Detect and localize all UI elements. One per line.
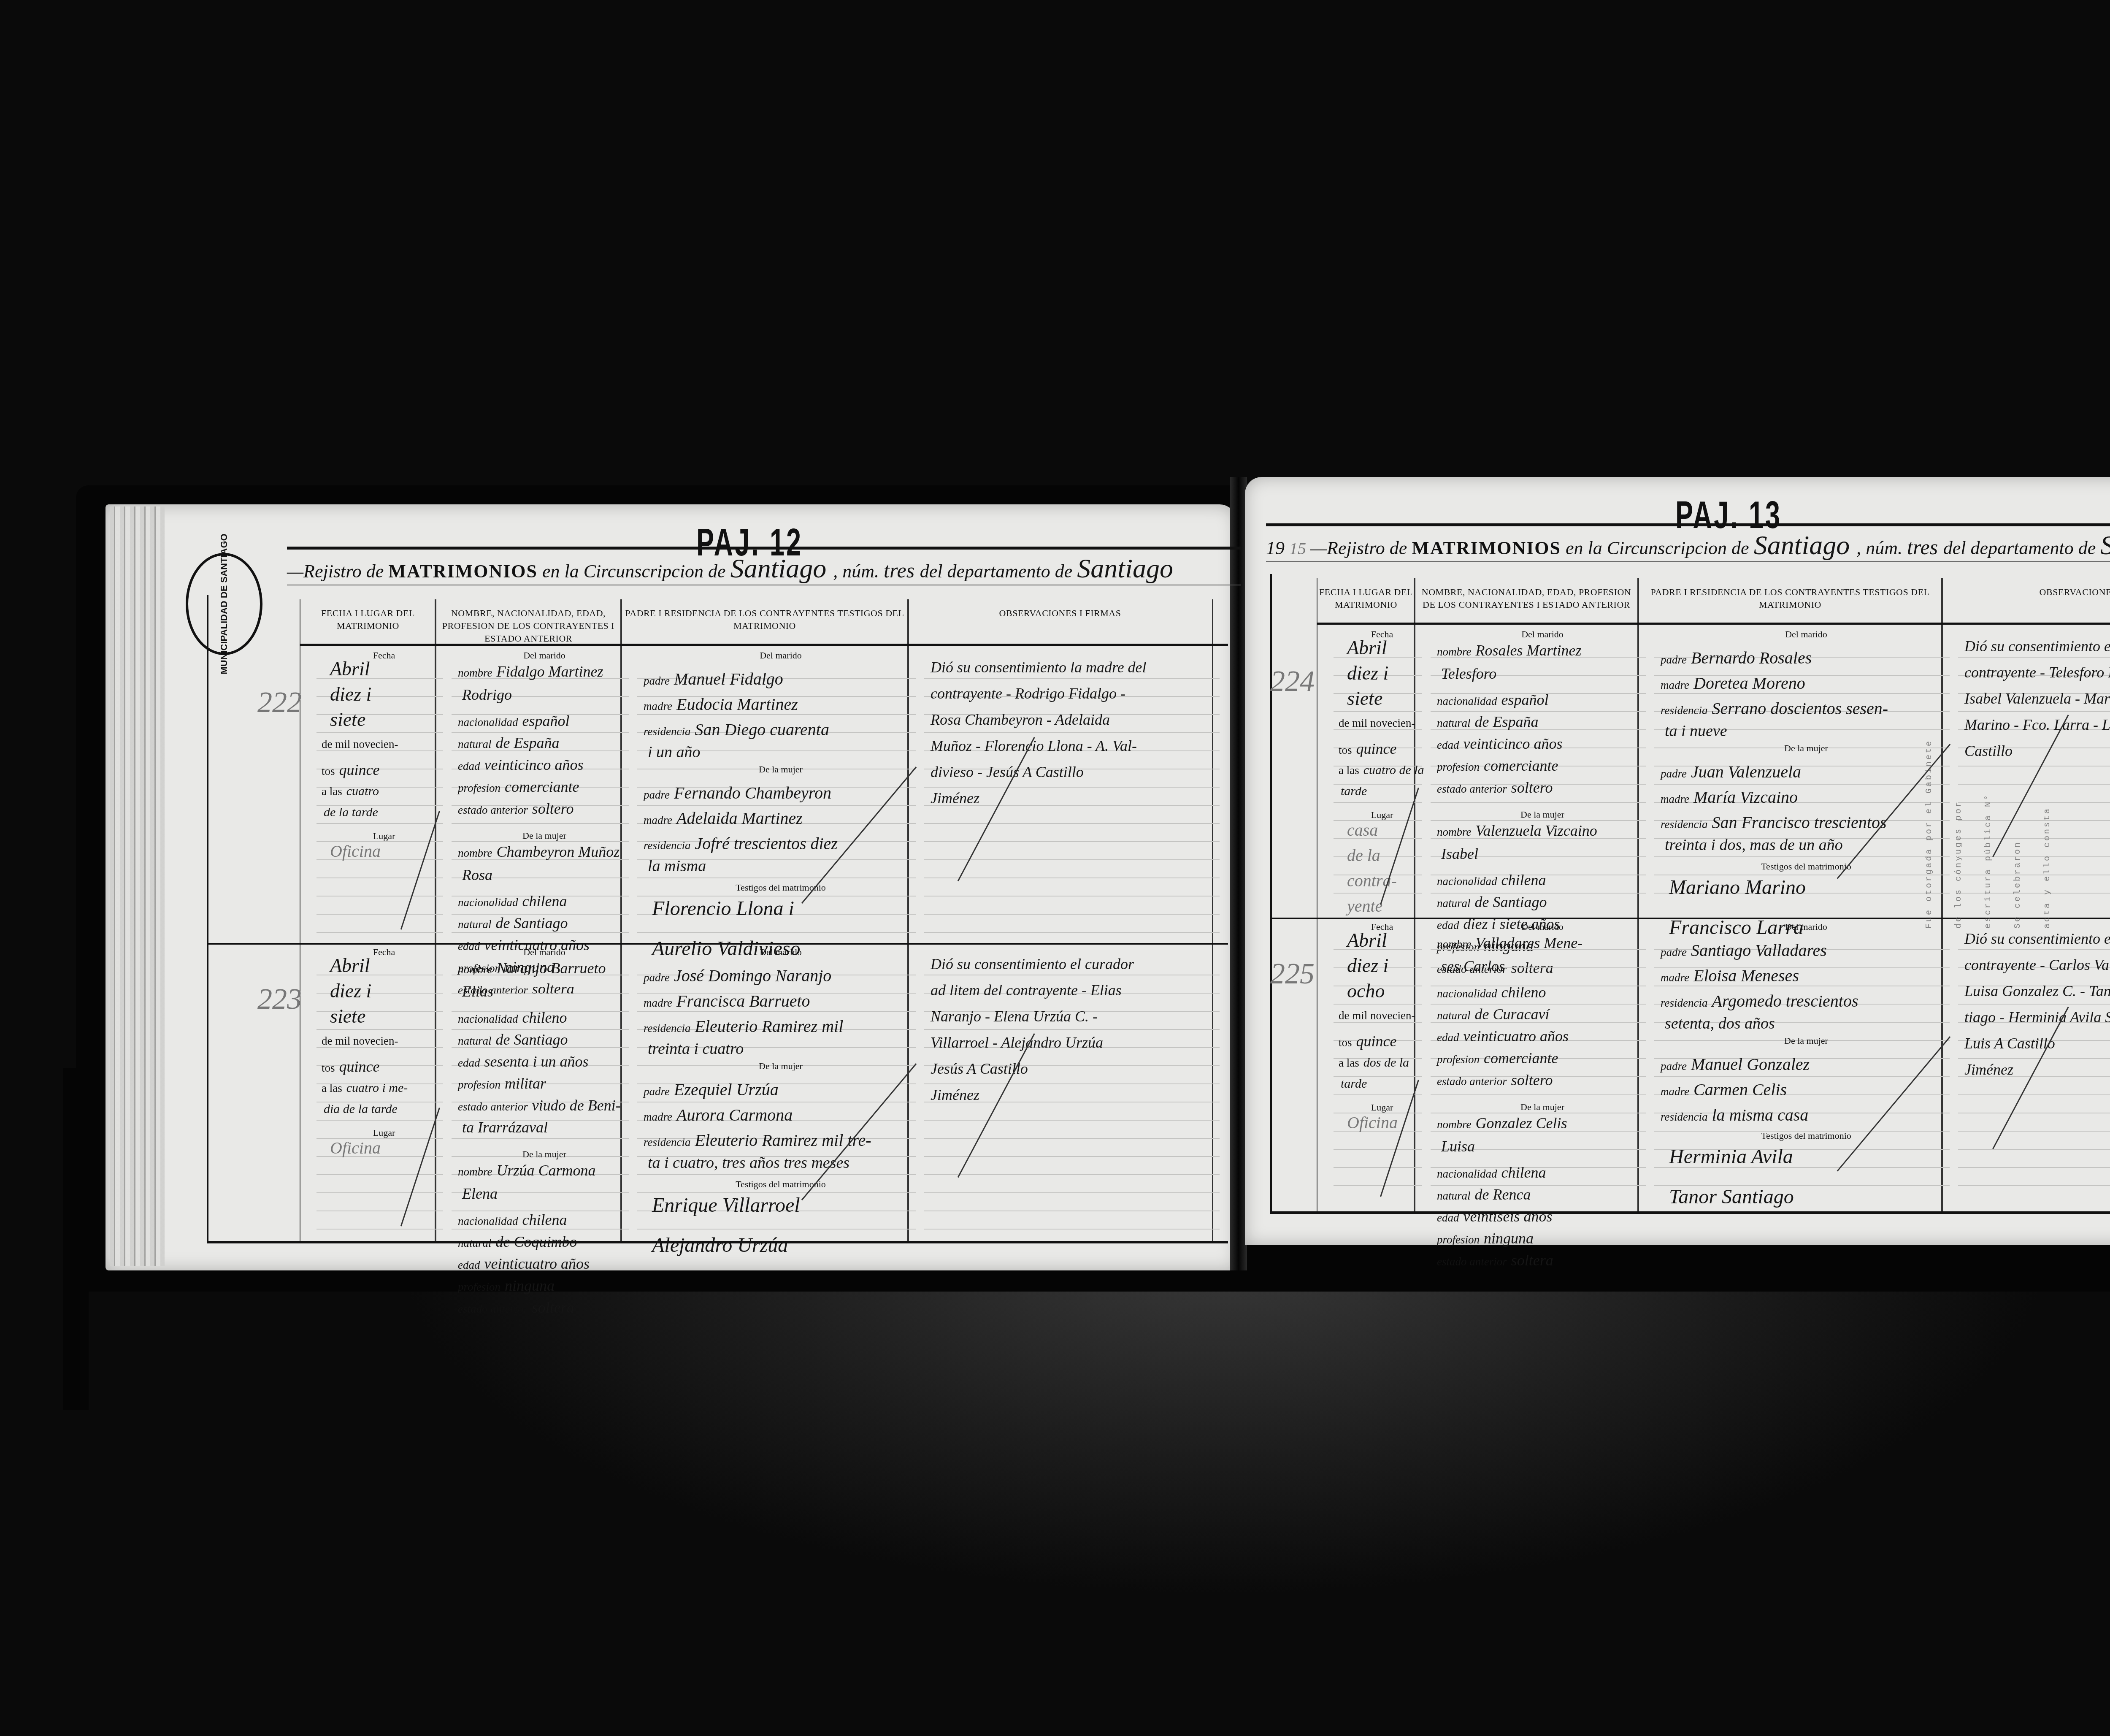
marginal-overprint: Fue otorgada por el Gabinete <box>1924 625 1934 929</box>
label-edad: edad <box>458 1259 480 1272</box>
label-profesion: profesion <box>1437 1053 1480 1066</box>
mujer-nombre-field: nombreChambeyron Muñoz <box>458 843 619 861</box>
column-header-padres: Padre i residencia de los contrayentes t… <box>621 599 908 647</box>
marido-estado_anterior-value: viudo de Beni- <box>532 1097 621 1114</box>
label-natural: natural <box>458 1035 492 1048</box>
marginal-overprint: de los cónyuges por <box>1954 625 1964 929</box>
marido-profesion-field: profesioncomerciante <box>458 778 579 796</box>
anio-value: quince <box>1356 1032 1397 1050</box>
mujer-natural-value: de Santiago <box>496 914 568 932</box>
label-padre: padre <box>644 674 670 688</box>
label-profesion: profesion <box>458 782 500 795</box>
mujer-natural-field: naturalde Coquimbo <box>458 1233 577 1251</box>
marido-natural-field: naturalde España <box>1437 713 1539 731</box>
label-madre: madre <box>644 700 672 713</box>
label-nombre: nombre <box>1437 645 1472 658</box>
label-edad: edad <box>1437 739 1459 752</box>
entry-number: 224 <box>1270 665 1315 699</box>
marido-natural-value: de Curacaví <box>1475 1005 1550 1023</box>
column-header-observaciones: Observaciones i firmas <box>1942 578 2110 626</box>
anio-field: tosquince <box>322 1058 379 1075</box>
label-lugar: Lugar <box>1334 1102 1431 1113</box>
label-a-las: a las <box>322 1082 342 1095</box>
title-register-kind: MATRIMONIOS <box>1412 538 1561 558</box>
padres-mujer-padre-value: Juan Valenzuela <box>1691 762 1801 782</box>
label-padres-marido: Del marido <box>637 947 924 958</box>
mujer-natural-field: naturalde Santiago <box>458 914 568 932</box>
year-prefix: 19 <box>1266 538 1289 558</box>
mujer-nombre-cont: Elena <box>462 1185 498 1202</box>
label-nacionalidad: nacionalidad <box>1437 1167 1497 1181</box>
mujer-natural-value: de Coquimbo <box>496 1233 577 1251</box>
mujer-edad-value: veintiseis años <box>1463 1208 1552 1225</box>
mujer-natural-field: naturalde Renca <box>1437 1186 1531 1203</box>
padres-mujer-madre-value: Adelaida Martinez <box>676 808 803 828</box>
mujer-nacionalidad-value: chilena <box>1501 1164 1546 1181</box>
label-testigos: Testigos del matrimonio <box>1654 1130 1958 1141</box>
padres-mujer-madre-field: madreMaría Vizcaino <box>1661 787 1798 807</box>
header-rule-top-1 <box>1266 523 2110 526</box>
hora-field: a lascuatro <box>322 784 379 799</box>
label-residencia: residencia <box>644 1136 690 1149</box>
marido-nombre-field: nombreValladares Mene- <box>1437 934 1582 952</box>
hora-value: cuatro i me- <box>346 1081 408 1095</box>
marido-estado_anterior-value: soltero <box>1511 1071 1553 1089</box>
marido-nacionalidad-field: nacionalidadchileno <box>458 1009 567 1026</box>
lugar-value: Oficina <box>330 841 381 861</box>
padres-marido-padre-field: padreSantiago Valladares <box>1661 940 1827 960</box>
marido-edad-field: edadveinticinco años <box>458 756 583 774</box>
marido-natural-value: de España <box>1475 713 1539 731</box>
marido-nombre-value: Valladares Mene- <box>1476 934 1583 952</box>
label-madre: madre <box>644 997 672 1010</box>
observacion-line: Rosa Chambeyron - Adelaida <box>931 707 1217 733</box>
padres-marido-residencia-field: residenciaSerrano doscientos sesen- <box>1661 699 1888 718</box>
testigo-signature: Tanor Santiago <box>1669 1185 1794 1208</box>
observacion-line: contrayente - Rodrigo Fidalgo - <box>931 680 1217 707</box>
padres-marido-residencia-cont: setenta, dos años <box>1665 1014 1775 1033</box>
padres-marido-madre-field: madreEudocia Martinez <box>644 694 798 714</box>
book-gutter <box>1230 477 1247 1270</box>
marido-nacionalidad-value: chileno <box>522 1009 567 1026</box>
observacion-line: Jesús A Castillo <box>931 1056 1217 1082</box>
fecha-value: Abril <box>1347 636 1387 659</box>
marido-nombre-field: nombreRosales Martinez <box>1437 642 1581 659</box>
marido-nombre-value: Naranjo Barrueto <box>497 959 606 977</box>
marido-nacionalidad-value: español <box>522 712 570 730</box>
mujer-nacionalidad-field: nacionalidadchilena <box>458 892 567 910</box>
testigo-signature: Enrique Villarroel <box>652 1194 800 1217</box>
anio-value: quince <box>339 1058 380 1075</box>
marido-profesion-value: comerciante <box>1484 757 1558 775</box>
label-nacionalidad: nacionalidad <box>458 896 518 909</box>
mujer-edad-value: veinticuatro años <box>484 1255 590 1273</box>
label-marido: Del marido <box>452 650 637 661</box>
mujer-nacionalidad-field: nacionalidadchilena <box>458 1211 567 1229</box>
label-padre: padre <box>644 971 670 984</box>
label-padres-marido: Del marido <box>637 650 924 661</box>
year-suffix: 15 <box>1289 539 1310 558</box>
seal-text: MUNICIPALIDAD DE SANTIAGO <box>219 534 230 674</box>
marido-nacionalidad-field: nacionalidadchileno <box>1437 983 1546 1001</box>
marido-nombre-cont: Telesforo <box>1441 665 1496 682</box>
fecha-value: ocho <box>1347 980 1385 1002</box>
label-testigos: Testigos del matrimonio <box>637 882 924 893</box>
padres-marido-madre-value: Francisca Barrueto <box>676 991 810 1011</box>
mujer-nombre-value: Chambeyron Muñoz <box>497 843 620 861</box>
marido-nombre-cont: ses Carlos <box>1441 957 1505 975</box>
marido-natural-value: de Santiago <box>496 1031 568 1048</box>
marido-nacionalidad-field: nacionalidadespañol <box>1437 691 1549 709</box>
observaciones-text: Dió su consentimiento el curadorad litem… <box>931 951 1217 1108</box>
marido-estado_anterior-cont: ta Irarrázaval <box>462 1119 548 1136</box>
hora-value-cont: tarde <box>1341 1077 1367 1091</box>
marido-natural-field: naturalde España <box>458 734 560 752</box>
title-num-label: , núm. <box>833 561 884 582</box>
label-residencia: residencia <box>644 839 690 852</box>
label-padres-mujer: De la mujer <box>637 1061 924 1072</box>
marido-nacionalidad-field: nacionalidadespañol <box>458 712 570 730</box>
marido-natural-value: de España <box>496 734 560 752</box>
marido-edad-field: edadsesenta i un años <box>458 1053 588 1070</box>
fecha-value: Abril <box>330 658 370 680</box>
padres-marido-madre-field: madreDoretea Moreno <box>1661 673 1805 693</box>
padres-mujer-residencia-value: San Francisco trescientos <box>1712 812 1886 832</box>
marido-profesion-field: profesioncomerciante <box>1437 1049 1558 1067</box>
label-natural: natural <box>1437 897 1471 910</box>
observaciones-text: Dió su consentimiento la madre delcontra… <box>931 654 1217 811</box>
fecha-value: diez i <box>1347 954 1388 977</box>
padres-marido-madre-field: madreEloisa Meneses <box>1661 966 1799 986</box>
mujer-estado_anterior-field: estado anteriorsoltera <box>458 1299 574 1316</box>
padres-marido-padre-value: Manuel Fidalgo <box>674 669 783 689</box>
lugar-value: casa <box>1347 820 1378 840</box>
mujer-profesion-value: ninguna <box>1484 1230 1534 1247</box>
title-register-label: —Rejistro de <box>287 561 388 582</box>
table-left-rule-0 <box>207 595 208 1241</box>
mujer-nombre-cont: Luisa <box>1441 1137 1475 1155</box>
marido-nombre-field: nombreNaranjo Barrueto <box>458 959 606 977</box>
label-edad: edad <box>458 1056 480 1070</box>
label-tos: tos <box>1339 744 1352 757</box>
marido-natural-field: naturalde Santiago <box>458 1031 568 1048</box>
label-de-mil: de mil novecien- <box>322 738 398 751</box>
padres-marido-padre-field: padreManuel Fidalgo <box>644 669 783 689</box>
label-de-mil: de mil novecien- <box>1339 1009 1415 1022</box>
mujer-edad-field: edadveinticuatro años <box>458 1255 590 1273</box>
title-register-kind: MATRIMONIOS <box>388 561 538 582</box>
lugar-value: Oficina <box>330 1138 381 1158</box>
column-header-fecha: Fecha i lugar del matrimonio <box>300 599 436 647</box>
padres-marido-padre-field: padreBernardo Rosales <box>1661 648 1812 668</box>
label-nombre: nombre <box>458 666 492 680</box>
table-bottom-rule-1 <box>1270 1211 2110 1214</box>
observacion-line: Dió su consentimiento el curador <box>931 951 1217 977</box>
label-mujer: De la mujer <box>1431 1102 1654 1113</box>
numero-value: tres <box>1907 535 1943 559</box>
observacion-line: ad litem del contrayente - Elias <box>931 977 1217 1003</box>
padres-mujer-madre-field: madreAurora Carmona <box>644 1105 793 1125</box>
padres-marido-madre-value: Eloisa Meneses <box>1693 966 1799 986</box>
mujer-estado_anterior-value: soltera <box>1511 959 1553 977</box>
fecha-value: siete <box>330 708 365 731</box>
padres-marido-residencia-value: Argomedo trescientos <box>1712 991 1858 1011</box>
entry-number: 225 <box>1270 957 1315 991</box>
mujer-natural-field: naturalde Santiago <box>1437 893 1547 911</box>
marido-nombre-cont: Elias <box>462 983 493 1000</box>
column-header-padres: Padre i residencia de los contrayentes t… <box>1638 578 1942 626</box>
label-nombre: nombre <box>458 1165 492 1178</box>
observacion-line: Naranjo - Elena Urzúa C. - <box>931 1003 1217 1029</box>
padres-marido-residencia-field: residenciaSan Diego cuarenta <box>644 720 829 739</box>
label-nacionalidad: nacionalidad <box>1437 875 1497 888</box>
padres-marido-padre-value: Santiago Valladares <box>1691 940 1827 960</box>
label-natural: natural <box>1437 1009 1471 1022</box>
marginal-overprint: acta y ello consta <box>2042 625 2052 929</box>
label-a-las: a las <box>322 785 342 798</box>
mujer-nombre-value: Gonzalez Celis <box>1476 1114 1567 1132</box>
numero-value: tres <box>884 558 920 582</box>
mujer-estado_anterior-value: soltera <box>532 1299 574 1316</box>
observacion-line: contrayente - Carlos Valladares <box>1964 952 2110 978</box>
label-testigos: Testigos del matrimonio <box>637 1179 924 1190</box>
marido-estado_anterior-field: estado anteriorsoltero <box>1437 1071 1553 1089</box>
label-estado_anterior: estado anterior <box>458 804 528 817</box>
label-marido: Del marido <box>1431 629 1654 640</box>
padres-mujer-residencia-field: residenciala misma casa <box>1661 1105 1808 1125</box>
label-profesion: profesion <box>1437 761 1480 774</box>
fecha-value: Abril <box>330 954 370 977</box>
mujer-edad-field: edadveintiseis años <box>1437 1208 1552 1225</box>
mujer-nombre-cont: Rosa <box>462 866 492 884</box>
observacion-line: Muñoz - Florencio Llona - A. Val- <box>931 733 1217 759</box>
mujer-nombre-value: Urzúa Carmona <box>497 1162 596 1179</box>
page-edges-left <box>110 506 165 1266</box>
mujer-nombre-value: Valenzuela Vizcaino <box>1476 822 1597 840</box>
column-header-fecha: Fecha i lugar del matrimonio <box>1317 578 1415 626</box>
label-madre: madre <box>1661 971 1689 984</box>
header-rule-top-0 <box>287 547 1241 550</box>
label-residencia: residencia <box>1661 818 1707 831</box>
fecha-value: siete <box>330 1005 365 1027</box>
anio-value: quince <box>1356 740 1397 758</box>
padres-mujer-residencia-field: residenciaEleuterio Ramirez mil tre- <box>644 1130 871 1150</box>
testigo-signature: Herminia Avila <box>1669 1145 1793 1168</box>
hora-field: a lascuatro de la <box>1339 763 1424 777</box>
marido-nombre-field: nombreFidalgo Martinez <box>458 663 603 680</box>
label-padre: padre <box>1661 1060 1687 1073</box>
marginal-overprint: escritura pública N° <box>1983 625 1993 929</box>
label-edad: edad <box>1437 1031 1459 1044</box>
departamento-value: Santiago <box>1077 553 1173 583</box>
padres-mujer-madre-field: madreAdelaida Martinez <box>644 808 803 828</box>
label-mujer: De la mujer <box>452 1149 637 1160</box>
label-natural: natural <box>458 738 492 751</box>
label-a-las: a las <box>1339 764 1359 777</box>
fecha-value: Abril <box>1347 929 1387 951</box>
label-padres-marido: Del marido <box>1654 921 1958 932</box>
anio-value: quince <box>339 761 380 779</box>
lugar-value: Oficina <box>1347 1113 1398 1132</box>
register-title-1: 19 15 —Rejistro de MATRIMONIOS en la Cir… <box>1266 530 2110 561</box>
label-profesion: profesion <box>458 1078 500 1091</box>
label-padres-mujer: De la mujer <box>637 764 924 775</box>
observacion-line: Jiménez <box>1964 1056 2110 1083</box>
marido-nombre-cont: Rodrigo <box>462 686 512 704</box>
label-estado_anterior: estado anterior <box>1437 1075 1507 1088</box>
label-madre: madre <box>1661 1085 1689 1098</box>
title-dept-label: del departamento de <box>1943 538 2101 558</box>
fecha-value: diez i <box>1347 662 1388 684</box>
label-nacionalidad: nacionalidad <box>458 716 518 729</box>
marido-profesion-value: militar <box>505 1075 546 1092</box>
label-natural: natural <box>1437 1189 1471 1202</box>
label-estado_anterior: estado anterior <box>1437 783 1507 796</box>
marido-nacionalidad-value: español <box>1501 691 1549 709</box>
mujer-nacionalidad-value: chilena <box>1501 871 1546 889</box>
mujer-natural-value: de Santiago <box>1475 893 1547 911</box>
label-marido: Del marido <box>452 947 637 958</box>
title-dept-label: del departamento de <box>920 561 1077 582</box>
lugar-value: de la <box>1347 845 1380 865</box>
label-padre: padre <box>644 788 670 802</box>
label-residencia: residencia <box>644 725 690 738</box>
observacion-line: Luisa Gonzalez C. - Tanor San- <box>1964 978 2110 1004</box>
label-profesion: profesion <box>1437 1233 1480 1246</box>
label-padres-marido: Del marido <box>1654 629 1958 640</box>
marido-profesion-field: profesioncomerciante <box>1437 757 1558 775</box>
label-madre: madre <box>644 814 672 827</box>
column-header-nombre: Nombre, nacionalidad, edad, profesion de… <box>1415 578 1638 626</box>
padres-mujer-padre-field: padreEzequiel Urzúa <box>644 1080 779 1100</box>
mujer-nombre-field: nombreGonzalez Celis <box>1437 1114 1567 1132</box>
padres-marido-padre-value: José Domingo Naranjo <box>674 966 831 986</box>
label-estado_anterior: estado anterior <box>458 1303 528 1316</box>
entry-divider <box>207 943 1228 945</box>
marido-edad-value: sesenta i un años <box>484 1053 588 1070</box>
mujer-profesion-field: profesionninguna <box>458 1277 555 1295</box>
padres-mujer-padre-field: padreManuel Gonzalez <box>1661 1054 1810 1074</box>
label-profesion: profesion <box>458 1281 500 1294</box>
label-madre: madre <box>1661 679 1689 692</box>
padres-mujer-residencia-cont: ta i cuatro, tres años tres meses <box>648 1154 849 1172</box>
label-natural: natural <box>1437 717 1471 730</box>
marido-profesion-value: comerciante <box>1484 1049 1558 1067</box>
mujer-nombre-cont: Isabel <box>1441 845 1478 863</box>
label-padre: padre <box>1661 767 1687 780</box>
observacion-line: Dió su consentimiento el padre del <box>1964 926 2110 952</box>
padres-mujer-madre-value: María Vizcaino <box>1693 787 1798 807</box>
label-residencia: residencia <box>1661 997 1707 1010</box>
hora-value: dos de la <box>1363 1056 1409 1070</box>
entry-number: 223 <box>257 983 302 1016</box>
label-estado_anterior: estado anterior <box>458 1100 528 1113</box>
label-tos: tos <box>1339 1036 1352 1049</box>
hora-value-cont: dia de la tarde <box>324 1102 398 1116</box>
testigo-signature: Florencio Llona i <box>652 897 794 920</box>
mujer-estado_anterior-value: soltera <box>1511 1251 1553 1269</box>
label-madre: madre <box>644 1110 672 1124</box>
fecha-value: diez i <box>330 683 371 705</box>
label-padre: padre <box>1661 946 1687 959</box>
label-padre: padre <box>644 1085 670 1098</box>
lugar-value: contra- <box>1347 871 1397 891</box>
label-nombre: nombre <box>1437 826 1472 839</box>
label-mujer: De la mujer <box>1431 809 1654 820</box>
padres-mujer-padre-value: Manuel Gonzalez <box>1691 1054 1810 1074</box>
padres-marido-padre-field: padreJosé Domingo Naranjo <box>644 966 831 986</box>
header-rule-bottom-0 <box>287 585 1241 585</box>
padres-marido-residencia-field: residenciaEleuterio Ramirez mil <box>644 1016 843 1036</box>
departamento-value: Santiago <box>2100 530 2110 560</box>
marido-nacionalidad-value: chileno <box>1501 983 1546 1001</box>
padres-marido-residencia-value: Eleuterio Ramirez mil <box>695 1016 843 1036</box>
label-marido: Del marido <box>1431 921 1654 932</box>
padres-mujer-padre-value: Fernando Chambeyron <box>674 783 831 803</box>
title-circ-label: en la Circunscripcion de <box>1561 538 1754 558</box>
label-nombre: nombre <box>458 847 492 860</box>
padres-mujer-madre-value: Carmen Celis <box>1693 1080 1787 1100</box>
label-natural: natural <box>458 918 492 931</box>
label-madre: madre <box>1661 793 1689 806</box>
marido-nombre-value: Fidalgo Martinez <box>497 663 603 680</box>
label-nombre: nombre <box>1437 1118 1472 1131</box>
padres-marido-madre-field: madreFrancisca Barrueto <box>644 991 810 1011</box>
marido-profesion-value: comerciante <box>505 778 579 796</box>
label-nacionalidad: nacionalidad <box>1437 987 1497 1000</box>
label-estado_anterior: estado anterior <box>1437 1255 1507 1268</box>
testigo-signature: Alejandro Urzúa <box>652 1234 788 1257</box>
observacion-line: Luis A Castillo <box>1964 1030 2110 1056</box>
bookmark-ribbon <box>63 1081 89 1410</box>
label-nacionalidad: nacionalidad <box>1437 695 1497 708</box>
padres-mujer-residencia-field: residenciaSan Francisco trescientos <box>1661 812 1886 832</box>
marido-estado_anterior-field: estado anteriorsoltero <box>458 800 573 818</box>
mujer-profesion-value: ninguna <box>505 1277 555 1295</box>
padres-mujer-padre-value: Ezequiel Urzúa <box>674 1080 779 1100</box>
marido-estado_anterior-value: soltero <box>1511 779 1553 796</box>
observacion-line: divieso - Jesús A Castillo <box>931 759 1217 785</box>
marido-natural-field: naturalde Curacaví <box>1437 1005 1549 1023</box>
hora-value-cont: de la tarde <box>324 805 378 820</box>
marido-edad-field: edadveinticuatro años <box>1437 1027 1569 1045</box>
hora-value-cont: tarde <box>1341 784 1367 799</box>
label-padre: padre <box>1661 653 1687 666</box>
padres-marido-residencia-cont: i un año <box>648 743 701 761</box>
mujer-nacionalidad-field: nacionalidadchilena <box>1437 1164 1546 1181</box>
label-de-mil: de mil novecien- <box>322 1035 398 1048</box>
label-nombre: nombre <box>458 963 492 976</box>
padres-mujer-residencia-field: residenciaJofré trescientos diez <box>644 834 838 853</box>
municipal-seal-0: MUNICIPALIDAD DE SANTIAGO <box>186 553 262 655</box>
marido-profesion-field: profesionmilitar <box>458 1075 546 1092</box>
testigo-signature: Mariano Marino <box>1669 876 1806 899</box>
padres-marido-residencia-cont: ta i nueve <box>1665 722 1727 740</box>
mujer-nacionalidad-value: chilena <box>522 1211 567 1229</box>
label-testigos: Testigos del matrimonio <box>1654 861 1958 872</box>
label-padres-mujer: De la mujer <box>1654 1035 1958 1046</box>
padres-mujer-residencia-cont: la misma <box>648 857 706 875</box>
marido-estado_anterior-field: estado anteriorsoltero <box>1437 779 1553 796</box>
marido-edad-field: edadveinticinco años <box>1437 735 1562 753</box>
hora-value: cuatro de la <box>1363 763 1424 777</box>
label-tos: tos <box>322 1062 335 1075</box>
lugar-value: yente <box>1347 896 1382 916</box>
mujer-profesion-field: profesionninguna <box>1437 1230 1534 1247</box>
mujer-natural-value: de Renca <box>1475 1186 1531 1203</box>
label-nacionalidad: nacionalidad <box>458 1013 518 1026</box>
padres-mujer-residencia-value: la misma casa <box>1712 1105 1808 1125</box>
